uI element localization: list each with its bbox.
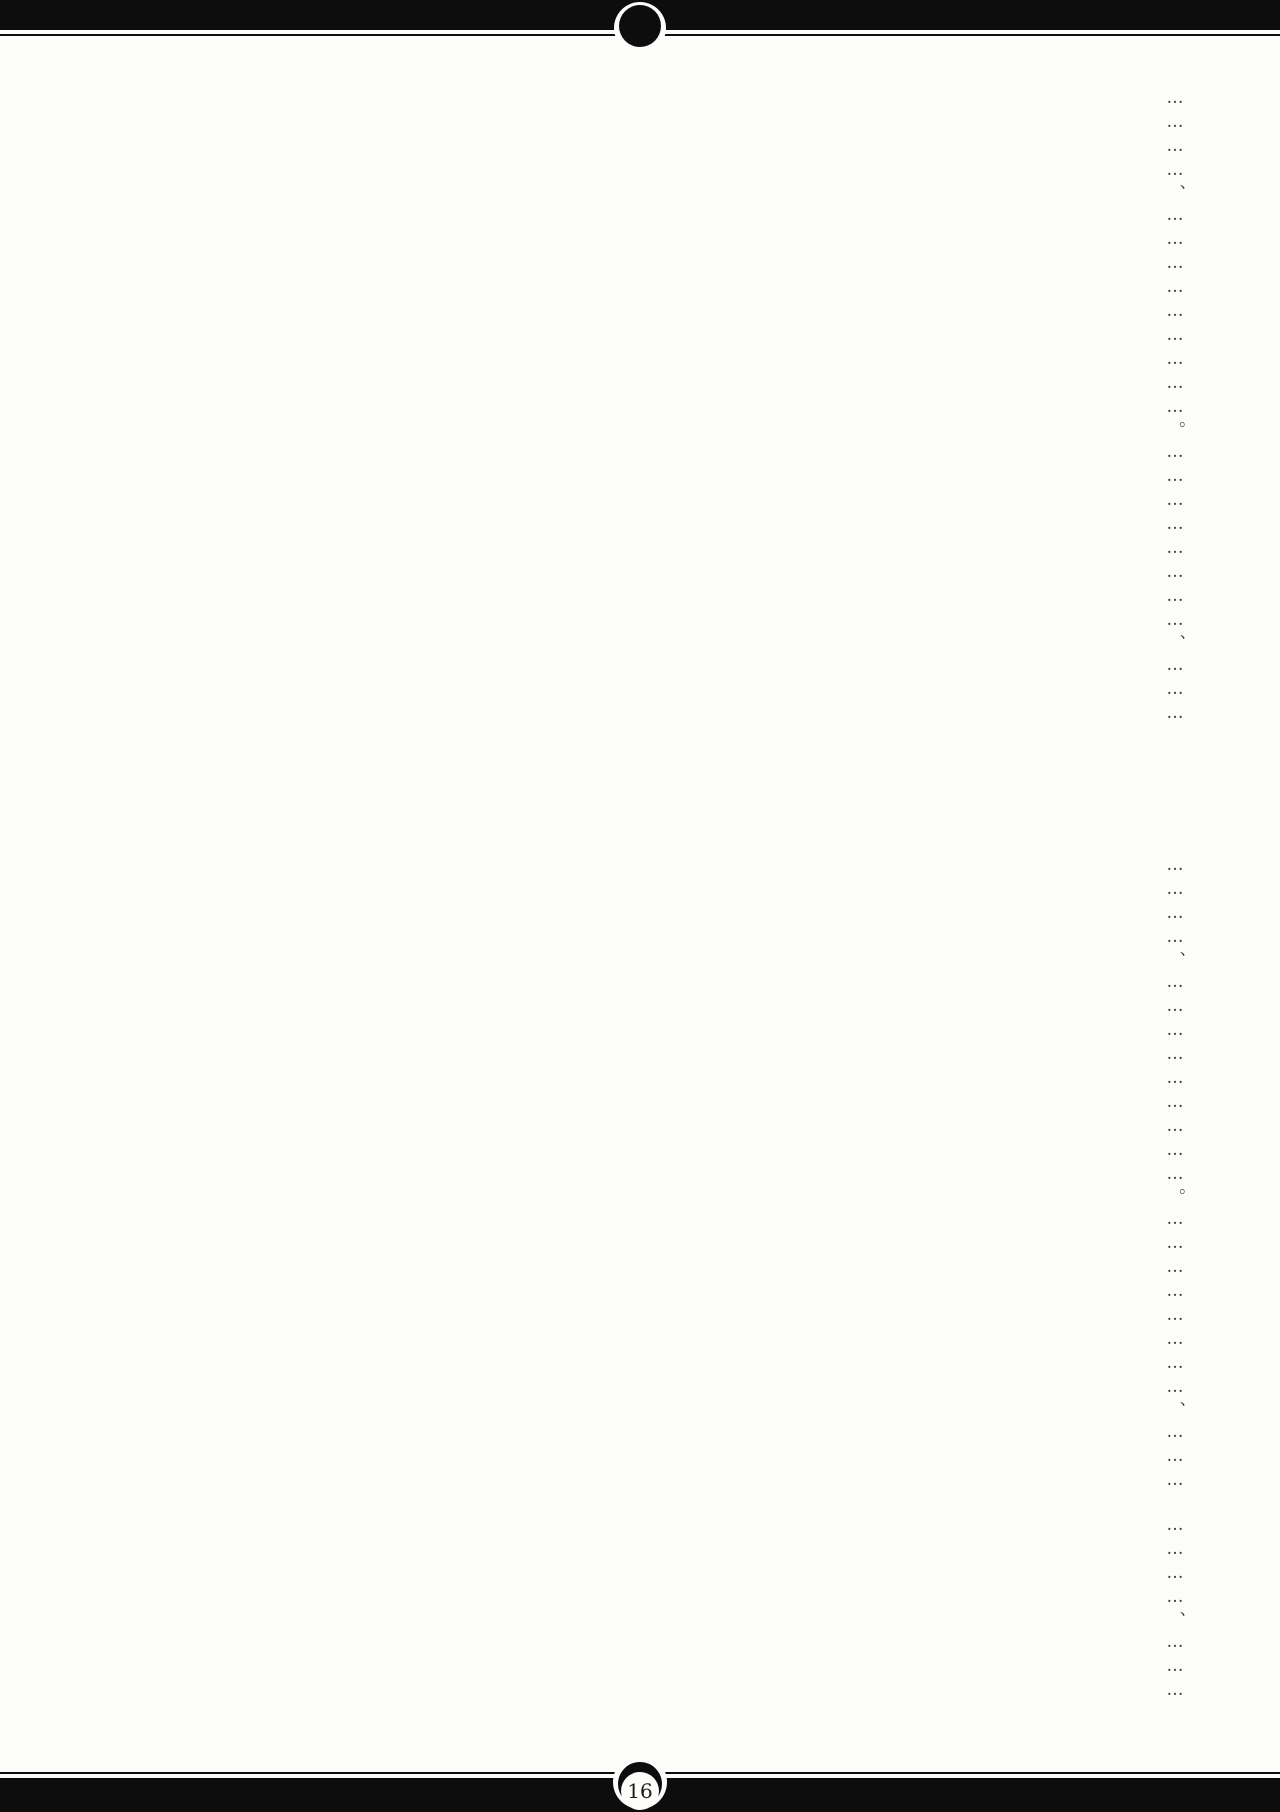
upper-text-block: …………、………………………。……………………、……… …………、……………………: [112, 88, 1192, 733]
top-bump-disc: [619, 5, 661, 47]
top-band-ornament: [0, 0, 1280, 64]
page-number-badge: 16: [621, 1772, 659, 1810]
page-number: 16: [627, 1779, 652, 1803]
lower-text-block: …………、………………………。……………………、……… …………、……………………: [112, 855, 1192, 1705]
book-page: …………、………………………。……………………、……… …………、……………………: [0, 0, 1280, 1812]
